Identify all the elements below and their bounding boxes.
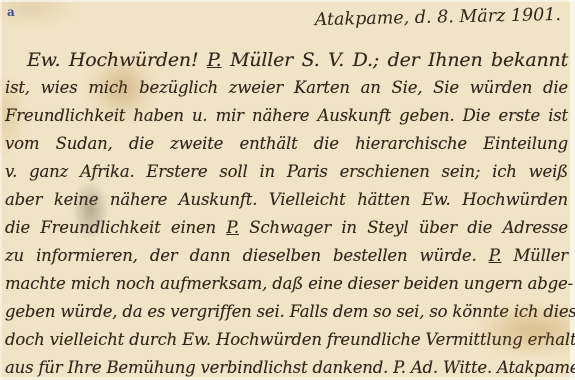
letter-line: doch vielleicht durch Ew. Hochwürden fre… [5, 326, 568, 354]
letter-line: ist, wies mich bezüglich zweier Karten a… [5, 74, 568, 102]
letter-line: zu informieren, der dann dieselben beste… [5, 242, 568, 270]
letter-line: Ew. Hochwürden! P. Müller S. V. D.; der … [5, 46, 568, 74]
letter-body: Ew. Hochwürden! P. Müller S. V. D.; der … [5, 46, 568, 380]
letter-line: die Freundlichkeit einen P. Schwager in … [5, 214, 568, 242]
place-date-line: Atakpame, d. 8. März 1901. [270, 5, 561, 31]
letter-line: Freundlichkeit haben u. mir nähere Ausku… [5, 102, 568, 130]
letter-line: aber keine nähere Auskunft. Vielleicht h… [5, 186, 568, 214]
archival-mark: a [7, 5, 15, 19]
letter-scan: a Atakpame, d. 8. März 1901. Ew. Hochwür… [0, 0, 575, 380]
letter-line: machte mich noch aufmerksam, daß eine di… [5, 270, 568, 298]
letter-line: aus für Ihre Bemühung verbindlichst dank… [5, 354, 568, 380]
letter-line: geben würde, da es vergriffen sei. Falls… [5, 298, 568, 326]
letter-line: vom Sudan, die zweite enthält die hierar… [5, 130, 568, 158]
letter-line: v. ganz Afrika. Erstere soll in Paris er… [5, 158, 568, 186]
